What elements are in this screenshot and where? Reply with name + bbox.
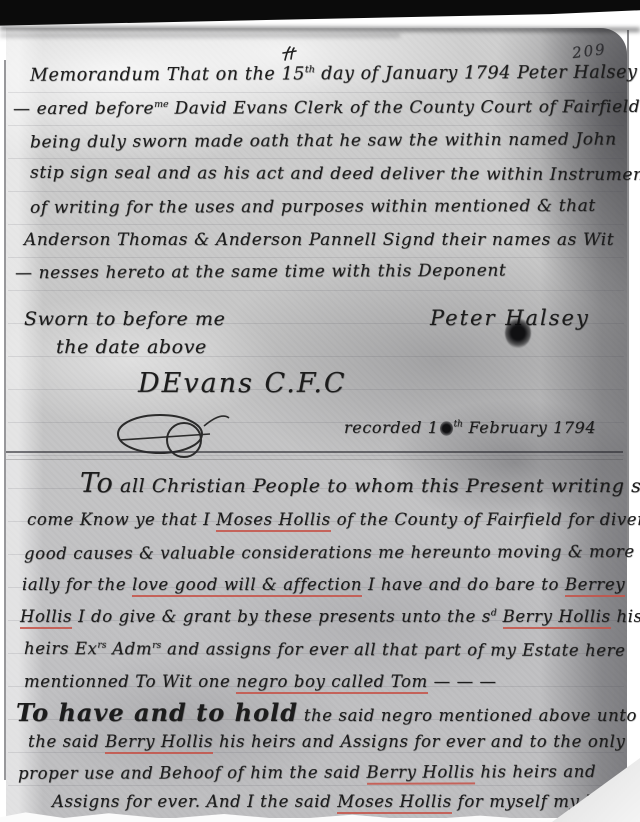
memo-line-2-rest: David Evans Clerk of the County Court of…	[168, 97, 640, 119]
deed-line-heirs: heirs Exrs Admrs and assigns for ever al…	[24, 639, 626, 660]
memo-line-1-text: Memorandum That on the 15	[30, 64, 305, 85]
towit-dashes: — — —	[428, 672, 497, 691]
berry2-text: proper use and Behoof of him the said	[18, 763, 367, 783]
heirs-text: heirs Ex	[24, 639, 97, 658]
scanned-document-page: 209 Memorandum That on the 15th day of J…	[0, 0, 640, 822]
memo-line-1: Memorandum That on the 15th day of Janua…	[30, 62, 640, 85]
section-divider-line-faint	[6, 459, 623, 460]
love-goodwill-underlined: love good will & affection	[132, 575, 362, 597]
heirs-mid: Adm	[106, 639, 152, 658]
seal-doodle-icon	[112, 408, 232, 462]
deed-line-habendum: To have and to hold the said negro menti…	[16, 698, 637, 727]
berry-hollis-underlined-3: Berry Hollis	[366, 762, 474, 784]
moses-hollis-underlined: Moses Hollis	[216, 510, 331, 532]
deed-opening-to: To	[80, 468, 113, 499]
recorded-date: February 1794	[463, 418, 596, 437]
berry2-rest: his heirs and	[475, 762, 597, 781]
section-divider-line	[6, 451, 623, 453]
date-ink-blot	[440, 421, 453, 436]
sworn-line-1: Sworn to before me	[24, 308, 226, 330]
closing-text: Assigns for ever. And I the said	[52, 792, 337, 811]
moses-hollis-underlined-2: Moses Hollis	[337, 792, 452, 814]
heirs-rest: and assigns for ever all that part of my…	[161, 639, 625, 660]
deed-line-berry2: proper use and Behoof of him the said Be…	[18, 762, 596, 783]
memo-line-6: Anderson Thomas & Anderson Pannell Signd…	[24, 230, 614, 250]
memo-line-2-text: — eared before	[13, 99, 154, 119]
signature-ink-blot	[505, 318, 531, 348]
deed-line-closing: Assigns for ever. And I the said Moses H…	[52, 792, 607, 811]
berrey-underlined: Berrey	[565, 575, 625, 597]
clerk-signature: DEvans C.F.C	[138, 368, 347, 399]
come-text: come Know ye that I	[27, 510, 216, 529]
memo-line-2-sup: me	[154, 99, 168, 110]
scan-smudge-line-2	[0, 34, 400, 37]
habendum-rest: the said negro mentioned above unto	[298, 706, 637, 725]
grant-text: I do give & grant by these presents unto…	[72, 607, 491, 626]
love-text: ially for the	[22, 575, 132, 594]
scan-left-edge-line	[4, 60, 6, 780]
memo-line-7: — nesses hereto at the same time with th…	[15, 261, 506, 284]
sworn-line-2: the date above	[56, 336, 207, 358]
love-rest: I have and do bare to	[362, 575, 565, 594]
berry1-text: the said	[28, 732, 105, 751]
deed-line-causes: good causes & valuable considerations me…	[24, 542, 640, 563]
berry-hollis-underlined-2: Berry Hollis	[105, 732, 213, 754]
habendum-heading: To have and to hold	[16, 698, 298, 727]
deed-opening-rest: all Christian People to whom this Presen…	[113, 475, 640, 497]
memo-line-4: stip sign seal and as his act and deed d…	[30, 163, 640, 185]
berry1-rest: his heirs and Assigns for ever and to th…	[213, 732, 625, 751]
memo-line-1-sup: th	[305, 64, 315, 75]
recorded-note: recorded 1th February 1794	[344, 418, 596, 437]
come-rest: of the County of Fairfield for divers	[331, 510, 640, 529]
memo-line-1-rest: day of January 1794 Peter Halsey appe	[315, 62, 640, 84]
grant-sup: d	[491, 609, 497, 619]
towit-text: mentionned To Wit one	[24, 672, 236, 691]
negro-boy-tom-underlined: negro boy called Tom	[236, 672, 428, 694]
recorded-sup: th	[454, 420, 463, 430]
memo-line-5: of writing for the uses and purposes wit…	[30, 196, 596, 218]
deed-line-grant: Hollis I do give & grant by these presen…	[20, 607, 640, 626]
deed-line-berry1: the said Berry Hollis his heirs and Assi…	[28, 732, 625, 751]
heirs-sup2: rs	[152, 641, 161, 651]
deed-line-come: come Know ye that I Moses Hollis of the …	[27, 510, 640, 529]
memo-line-3: being duly sworn made oath that he saw t…	[30, 129, 617, 152]
grant-rest: his	[611, 607, 640, 626]
grant-space	[497, 607, 503, 626]
deed-opening-line: To all Christian People to whom this Pre…	[80, 468, 640, 499]
berry-hollis-underlined: Berry Hollis	[503, 607, 611, 629]
memo-line-2: — eared beforeme David Evans Clerk of th…	[13, 97, 640, 119]
top-ink-mark-icon	[280, 44, 298, 64]
deed-line-love: ially for the love good will & affection…	[22, 575, 625, 594]
deed-line-towit: mentionned To Wit one negro boy called T…	[24, 672, 497, 691]
hollis-underlined: Hollis	[20, 607, 72, 629]
recorded-text: recorded 1	[344, 418, 439, 437]
